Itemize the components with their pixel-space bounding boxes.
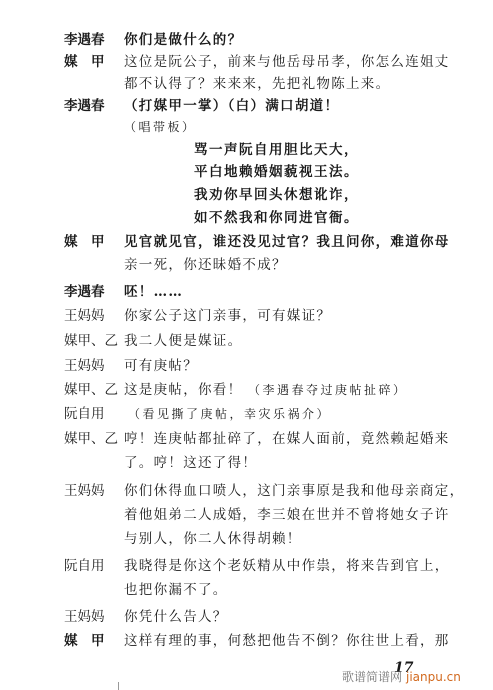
speaker-name: 媒甲、乙 — [64, 428, 122, 450]
speech-text: 也把你漏不了。 — [124, 579, 228, 601]
watermark-url: jianpu.cn — [406, 670, 461, 684]
speech-text: 见官就见官，谁还没见过官？我且问你，难道你母 — [124, 231, 450, 253]
speech-text: 呸！…… — [124, 281, 183, 303]
speaker-name: 媒 甲 — [64, 630, 122, 652]
speech-text: 你们休得血口喷人，这门亲事原是我和他母亲商定， — [124, 480, 464, 502]
verse-text: 我劝你早回头休想讹诈， — [194, 184, 359, 206]
script-page: 李遇春 你们是做什么的？ 媒 甲 这位是阮公子，前来与他岳母吊孝，你怎么连姐丈 … — [0, 0, 493, 690]
stage-direction: （看见撕了庚帖，幸灾乐祸介） — [128, 403, 331, 425]
speaker-name: 王妈妈 — [64, 305, 122, 327]
stage-direction: （李遇春夺过庚帖扯碎） — [248, 383, 408, 397]
speech-text: 你凭什么告人？ — [124, 606, 228, 628]
speech-text: 你们是做什么的？ — [124, 29, 242, 51]
verse-text: 如不然我和你同进官衙。 — [194, 207, 359, 229]
watermark: 歌谱简谱网jianpu.cn — [342, 668, 461, 685]
speech-text: 哼！连庚帖都扯碎了，在媒人面前，竟然赖起婚来 — [124, 428, 450, 450]
speaker-name: 媒甲、乙 — [64, 330, 122, 352]
speech-text: 我二人便是媒证。 — [124, 330, 242, 352]
speech-text: 了。哼！这还了得！ — [124, 452, 257, 474]
speaker-name: 李遇春 — [64, 281, 122, 303]
speech-text: 这位是阮公子，前来与他岳母吊孝，你怎么连姐丈 — [124, 51, 450, 73]
speech-text: 与别人，你二人休得胡赖！ — [124, 528, 302, 550]
speech-text-spoken: 这是庚帖，你看！ — [124, 382, 242, 398]
speech-text: 你家公子这门亲事，可有媒证？ — [124, 305, 331, 327]
speech-text: 这样有理的事，何愁把他告不倒？你往世上看，那 — [124, 630, 450, 652]
watermark-site-name: 歌谱简谱网 — [342, 670, 402, 684]
speaker-name: 李遇春 — [64, 29, 122, 51]
speaker-name: 李遇春 — [64, 95, 122, 117]
speech-text: （打媒甲一掌）（白）满口胡道！ — [124, 95, 339, 117]
verse-text: 骂一声阮自用胆比天大， — [194, 139, 359, 161]
speaker-name: 阮自用 — [64, 555, 122, 577]
verse-text: 平白地赖婚姻藐视王法。 — [194, 161, 359, 183]
speech-text: 可有庚帖？ — [124, 355, 198, 377]
stage-direction: （唱带板） — [124, 116, 197, 138]
speaker-name: 媒 甲 — [64, 231, 122, 253]
speech-text: 亲一死，你还昧婚不成？ — [124, 254, 287, 276]
speech-text: 这是庚帖，你看！ （李遇春夺过庚帖扯碎） — [124, 379, 408, 401]
scan-margin-mark — [118, 682, 119, 690]
speech-text: 都不认得了？来来来，先把礼物陈上来。 — [124, 73, 390, 95]
speaker-name: 王妈妈 — [64, 606, 122, 628]
speaker-name: 王妈妈 — [64, 355, 122, 377]
speaker-name: 阮自用 — [64, 403, 122, 425]
speaker-name: 媒甲、乙 — [64, 379, 122, 401]
speech-text: 着他姐弟二人成婚，李三娘在世并不曾将她女子许 — [124, 504, 450, 526]
speech-text: 我晓得是你这个老妖精从中作祟，将来告到官上， — [124, 555, 450, 577]
speaker-name: 王妈妈 — [64, 480, 122, 502]
speaker-name: 媒 甲 — [64, 51, 122, 73]
